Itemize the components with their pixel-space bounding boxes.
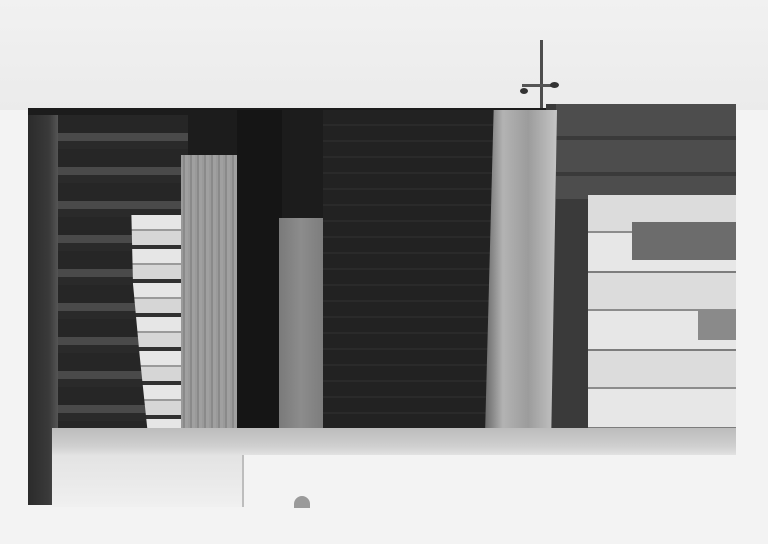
wooden-plank-left: [181, 155, 237, 447]
small-stone: [294, 496, 310, 508]
photograph: Weathered wooden planks and stone masonr…: [0, 0, 768, 544]
overexposed-sky: [0, 0, 768, 110]
weathervane-ball: [550, 82, 559, 88]
dark-gap: [237, 110, 282, 445]
weathervane-ball: [520, 88, 528, 94]
dark-door: [323, 110, 493, 440]
weathervane-icon: [540, 40, 543, 108]
light-timber-post: [485, 110, 557, 435]
wooden-plank-middle: [279, 218, 323, 444]
dark-stone-block: [632, 222, 736, 260]
dark-stone-block: [698, 310, 736, 340]
stone-ledge: [52, 455, 244, 507]
shadowed-stone-blocks: [556, 104, 736, 199]
stone-sill: [52, 428, 736, 458]
